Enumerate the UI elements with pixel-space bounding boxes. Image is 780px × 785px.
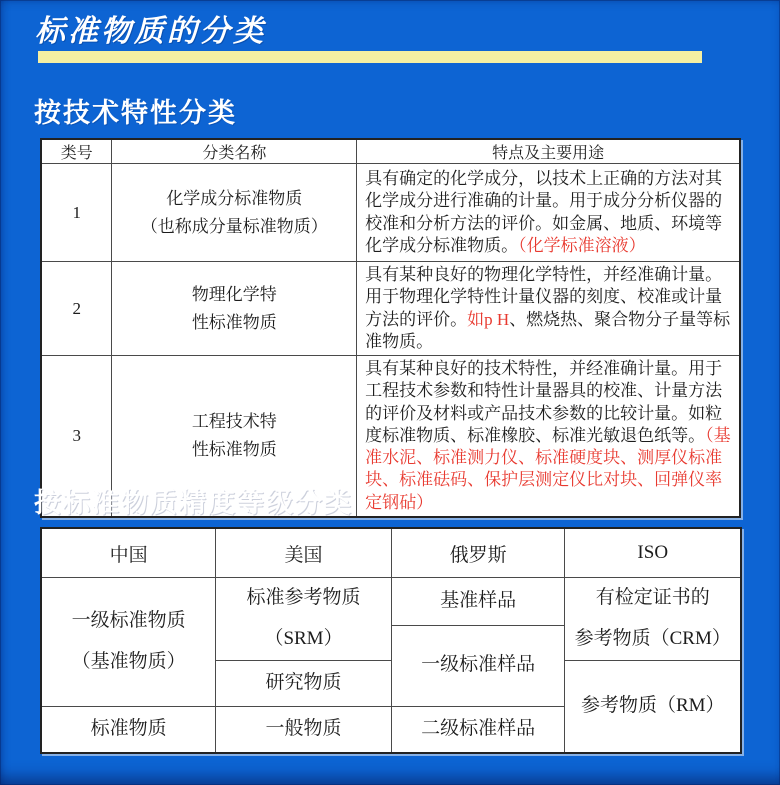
section-heading-technical: 按技术特性分类	[34, 91, 237, 130]
grade-classification-table: 中国 美国 俄罗斯 ISO 一级标准物质 （基准物质） 标准参考物质 （SRM）…	[40, 527, 742, 754]
tech-col-header-class-no: 类号	[41, 139, 112, 164]
cell-ru-first-grade-sample: 一级标准样品	[391, 626, 565, 707]
table-row: 2 物理化学特 性标准物质 具有某种良好的物理化学特性，并经准确计量。用于物理化…	[41, 262, 740, 356]
tech-col-header-name: 分类名称	[112, 139, 357, 164]
grade-table-header-row: 中国 美国 俄罗斯 ISO	[41, 528, 741, 578]
tech-col-header-desc: 特点及主要用途	[357, 139, 740, 164]
class-name-cell: 物理化学特 性标准物质	[112, 262, 357, 356]
title-underline-bar	[38, 51, 702, 63]
class-desc-cell: 具有确定的化学成分，以技术上正确的方法对其化学成分进行准确的计量。用于成分分析仪…	[357, 164, 740, 262]
class-number-cell: 2	[41, 262, 112, 356]
desc-highlight-red: 如p H	[467, 310, 509, 329]
grade-col-header-usa: 美国	[216, 528, 391, 578]
cell-ru-base-sample: 基准样品	[391, 578, 565, 626]
cell-us-research-material: 研究物质	[216, 660, 391, 706]
cell-us-srm: 标准参考物质 （SRM）	[216, 578, 391, 661]
table-row: 1 化学成分标准物质 （也称成分量标准物质） 具有确定的化学成分，以技术上正确的…	[41, 164, 740, 262]
section-heading-precision-grade: 按标准物质精度等级分类	[34, 481, 353, 520]
desc-highlight-red: （化学标准溶液）	[518, 236, 646, 255]
cell-cn-standard-material: 标准物质	[41, 706, 216, 753]
cell-cn-primary-material: 一级标准物质 （基准物质）	[41, 578, 216, 707]
class-desc-cell: 具有某种良好的物理化学特性，并经准确计量。用于物理化学特性计量仪器的刻度、校准或…	[357, 262, 740, 356]
table-row: 一级标准物质 （基准物质） 标准参考物质 （SRM） 基准样品 有检定证书的 参…	[41, 578, 741, 626]
tech-table-header-row: 类号 分类名称 特点及主要用途	[41, 139, 740, 164]
tech-classification-table: 类号 分类名称 特点及主要用途 1 化学成分标准物质 （也称成分量标准物质） 具…	[40, 138, 741, 518]
grade-col-header-iso: ISO	[565, 528, 741, 578]
cell-us-general-material: 一般物质	[216, 706, 391, 753]
cell-iso-rm: 参考物质（RM）	[565, 660, 741, 753]
page-title: 标准物质的分类	[35, 6, 266, 50]
grade-col-header-china: 中国	[41, 528, 216, 578]
class-name-cell: 化学成分标准物质 （也称成分量标准物质）	[112, 164, 357, 262]
class-desc-cell: 具有某种良好的技术特性，并经准确计量。用于工程技术参数和特性计量器具的校准、计量…	[357, 356, 740, 517]
class-number-cell: 1	[41, 164, 112, 262]
cell-iso-crm: 有检定证书的 参考物质（CRM）	[565, 578, 741, 661]
desc-text: 具有某种良好的技术特性，并经准确计量。用于工程技术参数和特性计量器具的校准、计量…	[365, 359, 722, 445]
cell-ru-second-grade-sample: 二级标准样品	[391, 706, 565, 753]
grade-col-header-russia: 俄罗斯	[391, 528, 565, 578]
